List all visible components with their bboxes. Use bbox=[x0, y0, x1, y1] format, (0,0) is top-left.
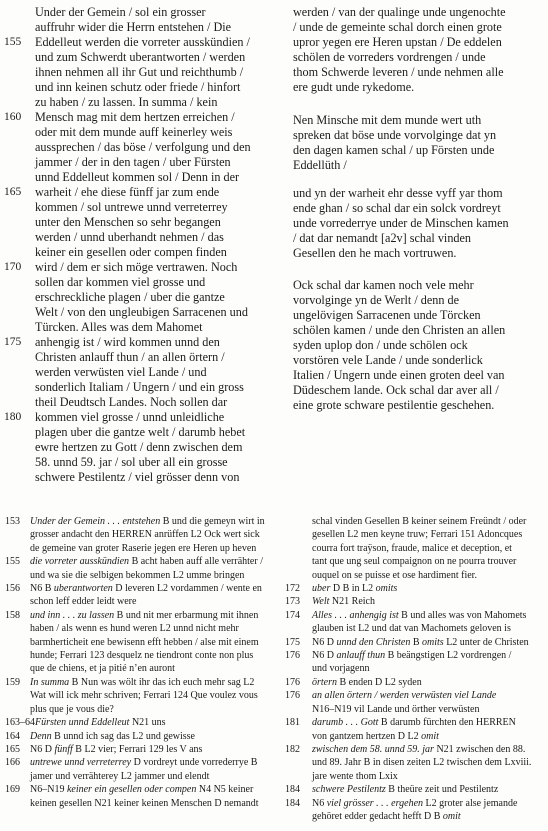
note-text-segment: von gantzem hertzen D L2 bbox=[312, 731, 421, 742]
line-number: 155 bbox=[0, 35, 35, 50]
paragraph: und yn der warheit ehr desse vyff yar th… bbox=[293, 186, 548, 261]
line-text: wird / dem er sich möge vertrawen. Noch bbox=[35, 260, 237, 275]
note-text-segment: grosser andacht den HERREN anrüffen L2 O… bbox=[30, 529, 260, 540]
paragraph-line: eine grote schware pestilentie geschehen… bbox=[293, 398, 548, 413]
apparatus-line-number: 155 bbox=[5, 555, 30, 568]
line-text: kommen / sol untrewe unnd verreterrey bbox=[35, 200, 228, 215]
note-text-segment: haben / als wenn es hund weren L2 unnd n… bbox=[30, 623, 239, 634]
main-left-column: Under der Gemein / sol ein grosserauffru… bbox=[0, 5, 278, 485]
apparatus-line-number: 176 bbox=[285, 649, 312, 662]
apparatus-line-number: 165 bbox=[5, 743, 30, 756]
note-text-segment: barmherticheit ene bewisenn efft hebben … bbox=[30, 637, 259, 648]
main-text-line: 160Mensch mag mit dem hertzen erreichen … bbox=[0, 110, 278, 125]
line-text: Türcken. Alles was dem Mahomet bbox=[35, 320, 203, 335]
note-text-segment: L2 groter alse jemande bbox=[423, 798, 517, 809]
paragraph-line: Eddellüth / bbox=[293, 158, 548, 173]
main-text-line: 155Eddelleut werden die vorreter ausskün… bbox=[0, 35, 278, 50]
apparatus-note-line: gesellen L2 men keyne truw; Ferrari 151 … bbox=[285, 528, 548, 541]
line-number bbox=[0, 455, 35, 470]
line-text: werden / unnd uberhandt nehmen / das bbox=[35, 230, 224, 245]
line-text: oder mit dem munde auff keinerley weis bbox=[35, 125, 232, 140]
line-text: ihnen nehmen all ihr Gut und reichthumb … bbox=[35, 65, 243, 80]
note-text-segment: omit bbox=[443, 811, 461, 822]
line-number bbox=[0, 350, 35, 365]
apparatus-line-number: 169 bbox=[5, 783, 30, 796]
note-text-segment: B L2 vier; Ferrari 129 les V ans bbox=[73, 744, 203, 755]
main-text: Under der Gemein / sol ein grosserauffru… bbox=[0, 5, 548, 485]
main-text-line: und inn keinen schutz oder friede / hinf… bbox=[0, 80, 278, 95]
apparatus-note: 176N6 D anlauff thun B beängstigen L2 vo… bbox=[285, 649, 548, 676]
apparatus-note-line: 184N6 viel grösser . . . ergehen L2 grot… bbox=[285, 797, 548, 810]
paragraph-line: vorvolginge yn de Werlt / denn de bbox=[293, 293, 548, 308]
apparatus-note-line: plus que je vous die? bbox=[5, 703, 278, 716]
main-text-line: werden / unnd uberhandt nehmen / das bbox=[0, 230, 278, 245]
note-text-segment: Welt bbox=[312, 596, 329, 607]
apparatus-note: 174Alles . . . anhengig ist B und alles … bbox=[285, 609, 548, 636]
note-text-segment: keinen gesellen N21 keiner keinen Mensch… bbox=[30, 798, 259, 809]
note-text-segment: Alles . . . anhengig ist bbox=[312, 610, 399, 621]
note-text-segment: zwischen dem 58. unnd 59. jar bbox=[312, 744, 434, 755]
apparatus-note: 181darumb . . . Gott B darumb fürchten d… bbox=[285, 716, 548, 743]
line-number bbox=[0, 365, 35, 380]
line-number bbox=[0, 5, 35, 20]
main-text-line: ewre hertzen zu Gott / denn zwischen dem bbox=[0, 440, 278, 455]
note-text-segment: fünff bbox=[54, 744, 72, 755]
line-number bbox=[0, 290, 35, 305]
paragraph-line: Italien / Ungern unde einen groten deel … bbox=[293, 368, 548, 383]
main-text-line: sollen dar kommen viel grosse und bbox=[0, 275, 278, 290]
note-text-segment: örtern bbox=[312, 677, 337, 688]
paragraph-line: Gesellen den he mach vortruwen. bbox=[293, 246, 548, 261]
apparatus-line-number: 163–64 bbox=[5, 716, 35, 729]
line-text: plagen uber die gantze welt / darumb heb… bbox=[35, 425, 245, 440]
apparatus-line-number: 176 bbox=[285, 689, 312, 702]
apparatus-note: 164Denn B unnd ich sag das L2 und gewiss… bbox=[5, 730, 278, 743]
main-text-line: Welt / von den ungleubigen Sarracenen un… bbox=[0, 305, 278, 320]
main-text-line: Under der Gemein / sol ein grosser bbox=[0, 5, 278, 20]
line-number bbox=[0, 380, 35, 395]
line-number: 175 bbox=[0, 335, 35, 350]
line-text: sonderlich Italiam / Ungern / und ein gr… bbox=[35, 380, 244, 395]
paragraph-line: ungelövigen Sarracenen unde Törcken bbox=[293, 308, 548, 323]
paragraph-line: syden uplop don / unde schölen ock bbox=[293, 338, 548, 353]
note-text-segment: an allen örtern / werden verwüsten viel … bbox=[312, 690, 496, 701]
apparatus-line-number: 159 bbox=[5, 676, 30, 689]
line-text: ewre hertzen zu Gott / denn zwischen dem bbox=[35, 440, 242, 455]
line-number bbox=[0, 125, 35, 140]
apparatus-line-number: 184 bbox=[285, 783, 312, 796]
apparatus-note-line: 166untrewe unnd verreterrey D vordreyt u… bbox=[5, 756, 278, 769]
apparatus-note: 184N6 viel grösser . . . ergehen L2 grot… bbox=[285, 797, 548, 824]
note-text-segment: schal vinden Gesellen B keiner seinem Fr… bbox=[312, 516, 526, 527]
main-text-line: 58. unnd 59. jar / sol uber all ein gros… bbox=[0, 455, 278, 470]
note-text-segment: unnd den Christen bbox=[336, 637, 410, 648]
line-text: auffruhr wider die Herrn entstehen / Die bbox=[35, 20, 231, 35]
apparatus-note-line: 155die vorreter ausskündien B acht haben… bbox=[5, 555, 278, 568]
apparatus-note-line: schon leff edder leidt were bbox=[5, 595, 278, 608]
note-text-segment: uberantworten bbox=[54, 583, 113, 594]
apparatus-note: 159In summa B Nun was wölt ihr das ich e… bbox=[5, 676, 278, 716]
line-text: Eddelleut werden die vorreter ausskündie… bbox=[35, 35, 250, 50]
book-page: Under der Gemein / sol ein grosserauffru… bbox=[0, 0, 548, 831]
main-text-line: auffruhr wider die Herrn entstehen / Die bbox=[0, 20, 278, 35]
apparatus-note: 176örtern B enden D L2 syden bbox=[285, 676, 548, 689]
main-text-line: 175anhengig ist / wird kommen unnd den bbox=[0, 335, 278, 350]
line-text: schwere Pestilentz / viel grösser denn v… bbox=[35, 470, 239, 485]
note-text-segment: B unnd ich sag das L2 und gewisse bbox=[52, 731, 195, 742]
note-text-segment: N6 B bbox=[30, 583, 54, 594]
note-text-segment: B Nun was wölt ihr das ich euch mehr sag… bbox=[69, 677, 254, 688]
note-text-segment: jare wente thom Lxix bbox=[312, 771, 398, 782]
apparatus-note-line: grosser andacht den HERREN anrüffen L2 O… bbox=[5, 528, 278, 541]
note-text-segment: omit bbox=[421, 731, 439, 742]
note-text-segment: D B in L2 bbox=[330, 583, 375, 594]
main-text-line: plagen uber die gantze welt / darumb heb… bbox=[0, 425, 278, 440]
line-number bbox=[0, 470, 35, 485]
line-text: zu haben / zu lassen. In summa / kein bbox=[35, 95, 217, 110]
apparatus-note-line: gehöret edder gedacht hefft D B omit bbox=[285, 810, 548, 823]
line-number bbox=[0, 50, 35, 65]
paragraph-line: schölen kamen / unde den Christen an all… bbox=[293, 323, 548, 338]
paragraph-line: / unde de gemeinte schal dorch einen gro… bbox=[293, 20, 548, 35]
paragraph-line: den dagen kamen schal / up Försten unde bbox=[293, 143, 548, 158]
note-text-segment: D leveren L2 vordammen / wente en bbox=[113, 583, 262, 594]
apparatus-note-line: 153Under der Gemein . . . entstehen B un… bbox=[5, 515, 278, 528]
apparatus-note-line: courra fort traÿson, fraude, malice et d… bbox=[285, 542, 548, 555]
note-text-segment: N4 N5 keiner bbox=[196, 784, 253, 795]
apparatus-note-line: N16–N19 vil Lande und örther verwüsten bbox=[285, 703, 548, 716]
note-text-segment: omits bbox=[376, 583, 398, 594]
line-text: erschreckliche plagen / uber die gantze bbox=[35, 290, 225, 305]
apparatus-line-number: 166 bbox=[5, 756, 30, 769]
note-text-segment: schon leff edder leidt were bbox=[30, 596, 136, 607]
apparatus-note: 173Welt N21 Reich bbox=[285, 595, 548, 608]
note-text-segment: jamer und verrähterey L2 jammer und elen… bbox=[30, 771, 209, 782]
note-text-segment: uber bbox=[312, 583, 330, 594]
main-text-line: 170wird / dem er sich möge vertrawen. No… bbox=[0, 260, 278, 275]
line-number bbox=[0, 140, 35, 155]
apparatus-line-number: 164 bbox=[5, 730, 30, 743]
main-text-line: erschreckliche plagen / uber die gantze bbox=[0, 290, 278, 305]
line-number bbox=[0, 245, 35, 260]
paragraph-line: Düdeschem lande. Ock schal dar aver all … bbox=[293, 383, 548, 398]
apparatus-note-line: 172uber D B in L2 omits bbox=[285, 582, 548, 595]
note-text-segment: Fürsten unnd Eddelleut bbox=[35, 717, 129, 728]
note-text-segment: schwere Pestilentz bbox=[312, 784, 386, 795]
main-text-line: schwere Pestilentz / viel grösser denn v… bbox=[0, 470, 278, 485]
note-text-segment: N16–N19 vil Lande und örther verwüsten bbox=[312, 704, 479, 715]
apparatus-note-line: ouquel on se puisse et ose hardiment fie… bbox=[285, 569, 548, 582]
line-number bbox=[0, 440, 35, 455]
main-text-line: Christen anlauff thun / an allen örtern … bbox=[0, 350, 278, 365]
apparatus-line-number: 175 bbox=[285, 636, 312, 649]
note-text-segment: und wa sie die selbigen bekommen L2 umme… bbox=[30, 570, 244, 581]
main-text-line: oder mit dem munde auff keinerley weis bbox=[0, 125, 278, 140]
paragraph-line: upror yegen ere Heren upstan / De eddele… bbox=[293, 35, 548, 50]
line-number: 165 bbox=[0, 185, 35, 200]
note-text-segment: Under der Gemein . . . entstehen bbox=[30, 516, 160, 527]
note-text-segment: plus que je vous die? bbox=[30, 704, 114, 715]
note-text-segment: N21 zwischen den 88. bbox=[434, 744, 525, 755]
apparatus-note-line: und wa sie die selbigen bekommen L2 umme… bbox=[5, 569, 278, 582]
main-text-line: unnd Eddelleut kommen sol / Denn in der bbox=[0, 170, 278, 185]
note-text-segment: B und nit mer erbarmung mit ihnen bbox=[114, 610, 258, 621]
line-text: warheit / ehe diese fünff jar zum ende bbox=[35, 185, 219, 200]
line-number: 160 bbox=[0, 110, 35, 125]
apparatus-line-number: 184 bbox=[285, 797, 312, 810]
apparatus-note-line: schal vinden Gesellen B keiner seinem Fr… bbox=[285, 515, 548, 528]
main-text-line: 165warheit / ehe diese fünff jar zum end… bbox=[0, 185, 278, 200]
line-text: sollen dar kommen viel grosse und bbox=[35, 275, 205, 290]
line-number bbox=[0, 95, 35, 110]
apparatus-note-line: tant que ung seul compaignon on ne pourr… bbox=[285, 555, 548, 568]
note-text-segment: B theüre zeit und Pestilentz bbox=[386, 784, 498, 795]
apparatus-note: 169N6–N19 keiner ein gesellen oder compe… bbox=[5, 783, 278, 810]
paragraph-line: Ock schal dar kamen noch vele mehr bbox=[293, 278, 548, 293]
line-text: kommen viel grosse / unnd unleidliche bbox=[35, 410, 224, 425]
paragraph-line: unde vorrederrye under de Minschen kamen bbox=[293, 216, 548, 231]
apparatus-note-line: 174Alles . . . anhengig ist B und alles … bbox=[285, 609, 548, 622]
apparatus-left-column: 153Under der Gemein . . . entstehen B un… bbox=[0, 515, 278, 823]
main-text-line: aussprechen / das böse / verfolgung und … bbox=[0, 140, 278, 155]
note-text-segment: N6–N19 bbox=[30, 784, 67, 795]
note-text-segment: viel grösser . . . ergehen bbox=[327, 798, 423, 809]
line-number: 170 bbox=[0, 260, 35, 275]
note-text-segment: Denn bbox=[30, 731, 52, 742]
line-number: 180 bbox=[0, 410, 35, 425]
note-text-segment: N21 uns bbox=[129, 717, 165, 728]
main-right-column: werden / van der qualinge unde ungenocht… bbox=[278, 5, 548, 485]
line-text: und inn keinen schutz oder friede / hinf… bbox=[35, 80, 240, 95]
note-text-segment: N6 D bbox=[312, 650, 336, 661]
line-text: anhengig ist / wird kommen unnd den bbox=[35, 335, 220, 350]
apparatus-note-line: von gantzem hertzen D L2 omit bbox=[285, 730, 548, 743]
paragraph-line: ende ghan / so schal dar ein solck vordr… bbox=[293, 201, 548, 216]
apparatus-note: 165N6 D fünff B L2 vier; Ferrari 129 les… bbox=[5, 743, 278, 756]
apparatus-note: 156N6 B uberantworten D leveren L2 vorda… bbox=[5, 582, 278, 609]
apparatus-note-line: 176örtern B enden D L2 syden bbox=[285, 676, 548, 689]
note-text-segment: B enden D L2 syden bbox=[337, 677, 422, 688]
line-number bbox=[0, 305, 35, 320]
line-number bbox=[0, 200, 35, 215]
apparatus-note: schal vinden Gesellen B keiner seinem Fr… bbox=[285, 515, 548, 582]
apparatus-note-line: 176an allen örtern / werden verwüsten vi… bbox=[285, 689, 548, 702]
main-text-line: werden verwüsten viel Lande / und bbox=[0, 365, 278, 380]
paragraph-line: spreken dat böse unde vorvolginge dat yn bbox=[293, 128, 548, 143]
note-text-segment: glauben ist L2 und dat van Machomets gel… bbox=[312, 623, 511, 634]
apparatus-note-line: 169N6–N19 keiner ein gesellen oder compe… bbox=[5, 783, 278, 796]
apparatus-note-line: 165N6 D fünff B L2 vier; Ferrari 129 les… bbox=[5, 743, 278, 756]
paragraph-line: vorstören vele Lande / unde sonderlick bbox=[293, 353, 548, 368]
line-number bbox=[0, 320, 35, 335]
line-text: 58. unnd 59. jar / sol uber all ein gros… bbox=[35, 455, 228, 470]
paragraph: Ock schal dar kamen noch vele mehrvorvol… bbox=[293, 278, 548, 413]
note-text-segment: B beängstigen L2 vordrengen / bbox=[385, 650, 511, 661]
apparatus-note-line: glauben ist L2 und dat van Machomets gel… bbox=[285, 622, 548, 635]
paragraph: Nen Minsche mit dem munde wert uthspreke… bbox=[293, 113, 548, 173]
note-text-segment: B darumb fürchten den HERREN bbox=[378, 717, 515, 728]
apparatus-note: 166untrewe unnd verreterrey D vordreyt u… bbox=[5, 756, 278, 783]
note-text-segment: de gemeine van groter Raserie jegen ere … bbox=[30, 543, 256, 554]
note-text-segment: ouquel on se puisse et ose hardiment fie… bbox=[312, 570, 477, 581]
apparatus-note: 158und inn . . . zu lassen B und nit mer… bbox=[5, 609, 278, 676]
note-text-segment: gehöret edder gedacht hefft D B bbox=[312, 811, 443, 822]
apparatus-note-line: 156N6 B uberantworten D leveren L2 vorda… bbox=[5, 582, 278, 595]
line-number bbox=[0, 155, 35, 170]
line-text: und zum Schwerdt uberantworten / werden bbox=[35, 50, 245, 65]
note-text-segment: hunde; Ferrari 123 desquelz ne tiendront… bbox=[30, 650, 253, 661]
apparatus-note-line: jamer und verrähterey L2 jammer und elen… bbox=[5, 770, 278, 783]
note-text-segment: B und alles was von Mahomets bbox=[399, 610, 527, 621]
apparatus-note-line: jare wente thom Lxix bbox=[285, 770, 548, 783]
apparatus-note-line: und vorjagenn bbox=[285, 662, 548, 675]
apparatus-right-column: schal vinden Gesellen B keiner seinem Fr… bbox=[278, 515, 548, 823]
apparatus-line-number: 176 bbox=[285, 676, 312, 689]
apparatus-note-line: 159In summa B Nun was wölt ihr das ich e… bbox=[5, 676, 278, 689]
paragraph-line: und yn der warheit ehr desse vyff yar th… bbox=[293, 186, 548, 201]
apparatus-line-number: 173 bbox=[285, 595, 312, 608]
note-text-segment: In summa bbox=[30, 677, 69, 688]
apparatus-note-line: 173Welt N21 Reich bbox=[285, 595, 548, 608]
line-text: Christen anlauff thun / an allen örtern … bbox=[35, 350, 225, 365]
line-text: Under der Gemein / sol ein grosser bbox=[35, 5, 206, 20]
line-number bbox=[0, 65, 35, 80]
line-text: werden verwüsten viel Lande / und bbox=[35, 365, 207, 380]
apparatus-note: 153Under der Gemein . . . entstehen B un… bbox=[5, 515, 278, 555]
note-text-segment: anlauff thun bbox=[336, 650, 385, 661]
note-text-segment: und 89. Jahr B in disen zeiten L2 twisch… bbox=[312, 757, 531, 768]
note-text-segment: keiner ein gesellen oder compen bbox=[67, 784, 196, 795]
main-text-line: Türcken. Alles was dem Mahomet bbox=[0, 320, 278, 335]
apparatus-note-line: Wat will ick mehr schriven; Ferrari 124 … bbox=[5, 689, 278, 702]
apparatus-note-line: 158und inn . . . zu lassen B und nit mer… bbox=[5, 609, 278, 622]
apparatus-note-line: de gemeine van groter Raserie jegen ere … bbox=[5, 542, 278, 555]
apparatus-note-line: 181darumb . . . Gott B darumb fürchten d… bbox=[285, 716, 548, 729]
line-text: aussprechen / das böse / verfolgung und … bbox=[35, 140, 251, 155]
paragraph-line: thom Schwerde leveren / unde nehmen alle bbox=[293, 65, 548, 80]
line-number bbox=[0, 170, 35, 185]
paragraph-line: Nen Minsche mit dem munde wert uth bbox=[293, 113, 548, 128]
main-text-line: 180kommen viel grosse / unnd unleidliche bbox=[0, 410, 278, 425]
main-text-line: unter den Menschen so sehr begangen bbox=[0, 215, 278, 230]
line-number bbox=[0, 275, 35, 290]
line-number bbox=[0, 395, 35, 410]
note-text-segment: N6 bbox=[312, 798, 327, 809]
note-text-segment: D vordreyt unde vorrederrye B bbox=[131, 757, 257, 768]
main-text-line: keiner ein gesellen oder compen finden bbox=[0, 245, 278, 260]
apparatus-note-line: que de chiens, et ja pitié n’en auront bbox=[5, 662, 278, 675]
line-number bbox=[0, 230, 35, 245]
apparatus-note-line: keinen gesellen N21 keiner keinen Mensch… bbox=[5, 797, 278, 810]
note-text-segment: B bbox=[410, 637, 422, 648]
apparatus-note-line: 184schwere Pestilentz B theüre zeit und … bbox=[285, 783, 548, 796]
note-text-segment: und vorjagenn bbox=[312, 663, 370, 674]
note-text-segment: B acht haben auff alle verrähter / bbox=[129, 556, 263, 567]
apparatus-note: 176an allen örtern / werden verwüsten vi… bbox=[285, 689, 548, 716]
note-text-segment: N6 D bbox=[30, 744, 54, 755]
paragraph-line: werden / van der qualinge unde ungenocht… bbox=[293, 5, 548, 20]
apparatus-note-line: 164Denn B unnd ich sag das L2 und gewiss… bbox=[5, 730, 278, 743]
line-number bbox=[0, 20, 35, 35]
note-text-segment: gesellen L2 men keyne truw; Ferrari 151 … bbox=[312, 529, 522, 540]
apparatus-line-number: 158 bbox=[5, 609, 30, 622]
main-text-line: theil Deudtsch Landes. Noch sollen dar bbox=[0, 395, 278, 410]
paragraph: werden / van der qualinge unde ungenocht… bbox=[293, 5, 548, 95]
apparatus-line-number: 181 bbox=[285, 716, 312, 729]
line-text: jammer / der in den tagen / uber Fürsten bbox=[35, 155, 231, 170]
apparatus-note: 175N6 D unnd den Christen B omits L2 unt… bbox=[285, 636, 548, 649]
apparatus-note-line: 176N6 D anlauff thun B beängstigen L2 vo… bbox=[285, 649, 548, 662]
main-text-line: ihnen nehmen all ihr Gut und reichthumb … bbox=[0, 65, 278, 80]
critical-apparatus: 153Under der Gemein . . . entstehen B un… bbox=[0, 515, 548, 823]
main-text-line: jammer / der in den tagen / uber Fürsten bbox=[0, 155, 278, 170]
note-text-segment: darumb . . . Gott bbox=[312, 717, 378, 728]
note-text-segment: tant que ung seul compaignon on ne pourr… bbox=[312, 556, 516, 567]
note-text-segment: B und die gemeyn wirt in bbox=[160, 516, 264, 527]
note-text-segment: N6 D bbox=[312, 637, 336, 648]
note-text-segment: omits bbox=[422, 637, 444, 648]
paragraph-line: schölen de vorreders vordrengen / unde bbox=[293, 50, 548, 65]
apparatus-note-line: 163–64Fürsten unnd Eddelleut N21 uns bbox=[5, 716, 278, 729]
apparatus-line-number: 182 bbox=[285, 743, 312, 756]
line-text: Mensch mag mit dem hertzen erreichen / bbox=[35, 110, 235, 125]
note-text-segment: und inn . . . zu lassen bbox=[30, 610, 114, 621]
main-text-line: und zum Schwerdt uberantworten / werden bbox=[0, 50, 278, 65]
apparatus-line-number: 172 bbox=[285, 582, 312, 595]
line-text: unter den Menschen so sehr begangen bbox=[35, 215, 221, 230]
note-text-segment: que de chiens, et ja pitié n’en auront bbox=[30, 663, 175, 674]
paragraph-line: / dat dar nemandt [a2v] schal vinden bbox=[293, 231, 548, 246]
line-number bbox=[0, 215, 35, 230]
note-text-segment: Wat will ick mehr schriven; Ferrari 124 … bbox=[30, 690, 258, 701]
note-text-segment: die vorreter ausskündien bbox=[30, 556, 129, 567]
apparatus-note-line: und 89. Jahr B in disen zeiten L2 twisch… bbox=[285, 756, 548, 769]
apparatus-note-line: haben / als wenn es hund weren L2 unnd n… bbox=[5, 622, 278, 635]
main-text-line: zu haben / zu lassen. In summa / kein bbox=[0, 95, 278, 110]
line-number bbox=[0, 80, 35, 95]
apparatus-line-number: 174 bbox=[285, 609, 312, 622]
note-text-segment: untrewe unnd verreterrey bbox=[30, 757, 131, 768]
apparatus-note: 172uber D B in L2 omits bbox=[285, 582, 548, 595]
line-text: keiner ein gesellen oder compen finden bbox=[35, 245, 227, 260]
apparatus-note: 155die vorreter ausskündien B acht haben… bbox=[5, 555, 278, 582]
apparatus-line-number: 153 bbox=[5, 515, 30, 528]
line-text: Welt / von den ungleubigen Sarracenen un… bbox=[35, 305, 248, 320]
main-text-line: kommen / sol untrewe unnd verreterrey bbox=[0, 200, 278, 215]
note-text-segment: N21 Reich bbox=[329, 596, 375, 607]
apparatus-note-line: 175N6 D unnd den Christen B omits L2 unt… bbox=[285, 636, 548, 649]
apparatus-note-line: 182zwischen dem 58. unnd 59. jar N21 zwi… bbox=[285, 743, 548, 756]
main-text-line: sonderlich Italiam / Ungern / und ein gr… bbox=[0, 380, 278, 395]
apparatus-note: 184schwere Pestilentz B theüre zeit und … bbox=[285, 783, 548, 796]
note-text-segment: courra fort traÿson, fraude, malice et d… bbox=[312, 543, 512, 554]
apparatus-note: 182zwischen dem 58. unnd 59. jar N21 zwi… bbox=[285, 743, 548, 783]
line-text: theil Deudtsch Landes. Noch sollen dar bbox=[35, 395, 227, 410]
apparatus-line-number: 156 bbox=[5, 582, 30, 595]
line-text: unnd Eddelleut kommen sol / Denn in der bbox=[35, 170, 239, 185]
paragraph-line: ere gudt unde rykedome. bbox=[293, 80, 548, 95]
apparatus-note-line: barmherticheit ene bewisenn efft hebben … bbox=[5, 636, 278, 649]
note-text-segment: L2 unter de Christen bbox=[444, 637, 529, 648]
line-number bbox=[0, 425, 35, 440]
apparatus-note: 163–64Fürsten unnd Eddelleut N21 uns bbox=[5, 716, 278, 729]
apparatus-note-line: hunde; Ferrari 123 desquelz ne tiendront… bbox=[5, 649, 278, 662]
